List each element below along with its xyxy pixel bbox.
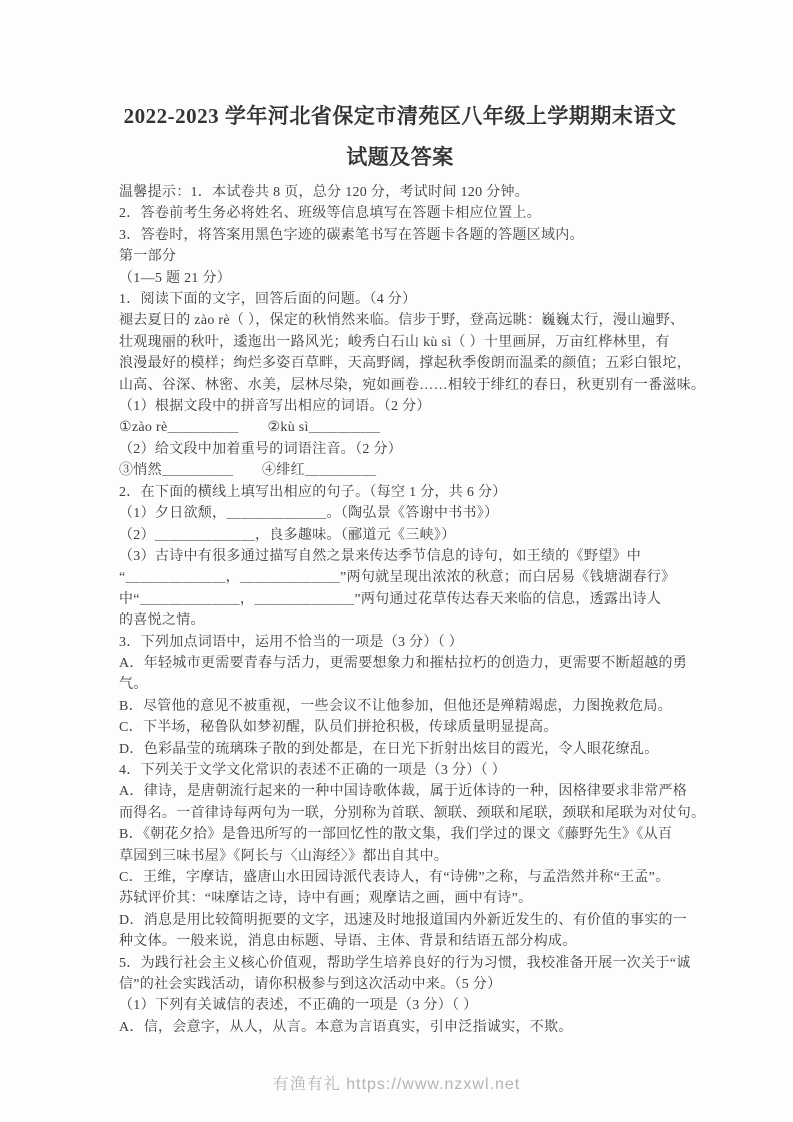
blank-fill-line: 中“＿＿＿＿＿＿＿，＿＿＿＿＿＿＿”两句通过花草传达春天来临的信息，透露出诗人: [119, 589, 681, 610]
notice-line: 2．答卷前考生务必将姓名、班级等信息填写在答题卡相应位置上。: [119, 203, 681, 224]
question-5-stem: 5．为践行社会主义核心价值观，帮助学生培养良好的行为习惯，我校准备开展一次关于“…: [119, 953, 681, 974]
option-line: B．尽管他的意见不被重视，一些会议不让他参加，但他还是殚精竭虑，力图挽救危局。: [119, 696, 681, 717]
page-title: 2022-2023 学年河北省保定市清苑区八年级上学期期末语文 试题及答案: [119, 96, 681, 178]
section-heading: 第一部分: [119, 246, 681, 267]
blank-fill-line: （2）＿＿＿＿＿＿＿，良多趣味。（郦道元《三峡》）: [119, 525, 681, 546]
passage-line: 褪去夏日的 zào rè（ ），保定的秋悄然来临。信步于野，登高远眺：巍巍太行，…: [119, 310, 681, 331]
option-line: A．年轻城市更需要青春与活力，更需要想象力和摧枯拉朽的创造力，更需要不断超越的勇: [119, 653, 681, 674]
option-line: B．《朝花夕拾》是鲁迅所写的一部回忆性的散文集，我们学过的课文《藤野先生》《从百: [119, 824, 681, 845]
option-line: 而得名。一首律诗每两句为一联，分别称为首联、颔联、颈联和尾联，颈联和尾联为对仗句…: [119, 803, 681, 824]
question-line: （3）古诗中有很多通过描写自然之景来传达季节信息的诗句，如王绩的《野望》中: [119, 546, 681, 567]
option-line: 草园到三味书屋》《阿长与〈山海经〉》都出自其中。: [119, 846, 681, 867]
blank-fill-line: “＿＿＿＿＿＿＿，＿＿＿＿＿＿＿”两句就呈现出浓浓的秋意；而白居易《钱塘湖春行》: [119, 567, 681, 588]
option-line: 苏轼评价其：“味摩诘之诗，诗中有画；观摩诘之画，画中有诗”。: [119, 888, 681, 909]
question-line: （1）下列有关诚信的表述，不正确的一项是（3 分）（ ）: [119, 995, 681, 1016]
section-points: （1—5 题 21 分）: [119, 268, 681, 289]
passage-line: 山高、谷深、林密、水美，层林尽染，宛如画卷……相较于绯红的春日，秋更别有一番滋味…: [119, 375, 681, 396]
page-title-line-2: 试题及答案: [119, 137, 681, 178]
option-line: A．律诗，是唐朝流行起来的一种中国诗歌体裁，属于近体诗的一种，因格律要求非常严格: [119, 781, 681, 802]
notice-line: 温馨提示：1．本试卷共 8 页，总分 120 分，考试时间 120 分钟。: [119, 182, 681, 203]
question-3-stem: 3．下列加点词语中，运用不恰当的一项是（3 分）（ ）: [119, 632, 681, 653]
question-line: 的喜悦之情。: [119, 610, 681, 631]
passage-line: 壮观瑰丽的秋叶，逶迤出一路风光；峻秀白石山 kù sì（ ）十里画屏，万亩红桦林…: [119, 332, 681, 353]
question-line: 信”的社会实践活动，请你积极参与到这次活动中来。（5 分）: [119, 974, 681, 995]
blank-fill-line: ③悄然＿＿＿＿＿ ④绯红＿＿＿＿＿: [119, 460, 681, 481]
option-line: 种文体。一般来说，消息由标题、导语、主体、背景和结语五部分构成。: [119, 931, 681, 952]
question-2-stem: 2．在下面的横线上填写出相应的句子。（每空 1 分，共 6 分）: [119, 482, 681, 503]
notice-line: 3．答卷时，将答案用黑色字迹的碳素笔书写在答题卡各题的答题区域内。: [119, 225, 681, 246]
option-line: 气。: [119, 674, 681, 695]
option-line: C．下半场，秘鲁队如梦初醒，队员们拼抢积极，传球质量明显提高。: [119, 717, 681, 738]
blank-fill-line: ①zào rè＿＿＿＿＿ ②kù sì＿＿＿＿＿: [119, 417, 681, 438]
exam-document-page: 2022-2023 学年河北省保定市清苑区八年级上学期期末语文 试题及答案 温馨…: [0, 0, 793, 1122]
question-1-stem: 1．阅读下面的文字，回答后面的问题。（4 分）: [119, 289, 681, 310]
option-line: D．色彩晶莹的琉璃珠子散的到处都是，在日光下折射出炫目的霞光，令人眼花缭乱。: [119, 739, 681, 760]
watermark-footer: 有渔有礼 https://www.nzxwl.net: [0, 1071, 793, 1094]
option-line: C．王维，字摩诘，盛唐山水田园诗派代表诗人，有“诗佛”之称，与孟浩然并称“王孟”…: [119, 867, 681, 888]
question-4-stem: 4．下列关于文学文化常识的表述不正确的一项是（3 分）（ ）: [119, 760, 681, 781]
blank-fill-line: （1）夕日欲颓，＿＿＿＿＿＿＿。（陶弘景《答谢中书书》）: [119, 503, 681, 524]
exam-body: 温馨提示：1．本试卷共 8 页，总分 120 分，考试时间 120 分钟。 2．…: [119, 182, 681, 1038]
option-line: A．信，会意字，从人，从言。本意为言语真实，引申泛指诚实，不欺。: [119, 1017, 681, 1038]
option-line: D．消息是用比较简明扼要的文字，迅速及时地报道国内外新近发生的、有价值的事实的一: [119, 910, 681, 931]
passage-line: 浪漫最好的模样；绚烂多姿百草畔，天高野阔，撑起秋季俊朗而温柔的颜值；五彩白银坨，: [119, 353, 681, 374]
page-title-line-1: 2022-2023 学年河北省保定市清苑区八年级上学期期末语文: [119, 96, 681, 137]
question-line: （2）给文段中加着重号的词语注音。（2 分）: [119, 439, 681, 460]
question-line: （1）根据文段中的拼音写出相应的词语。（2 分）: [119, 396, 681, 417]
